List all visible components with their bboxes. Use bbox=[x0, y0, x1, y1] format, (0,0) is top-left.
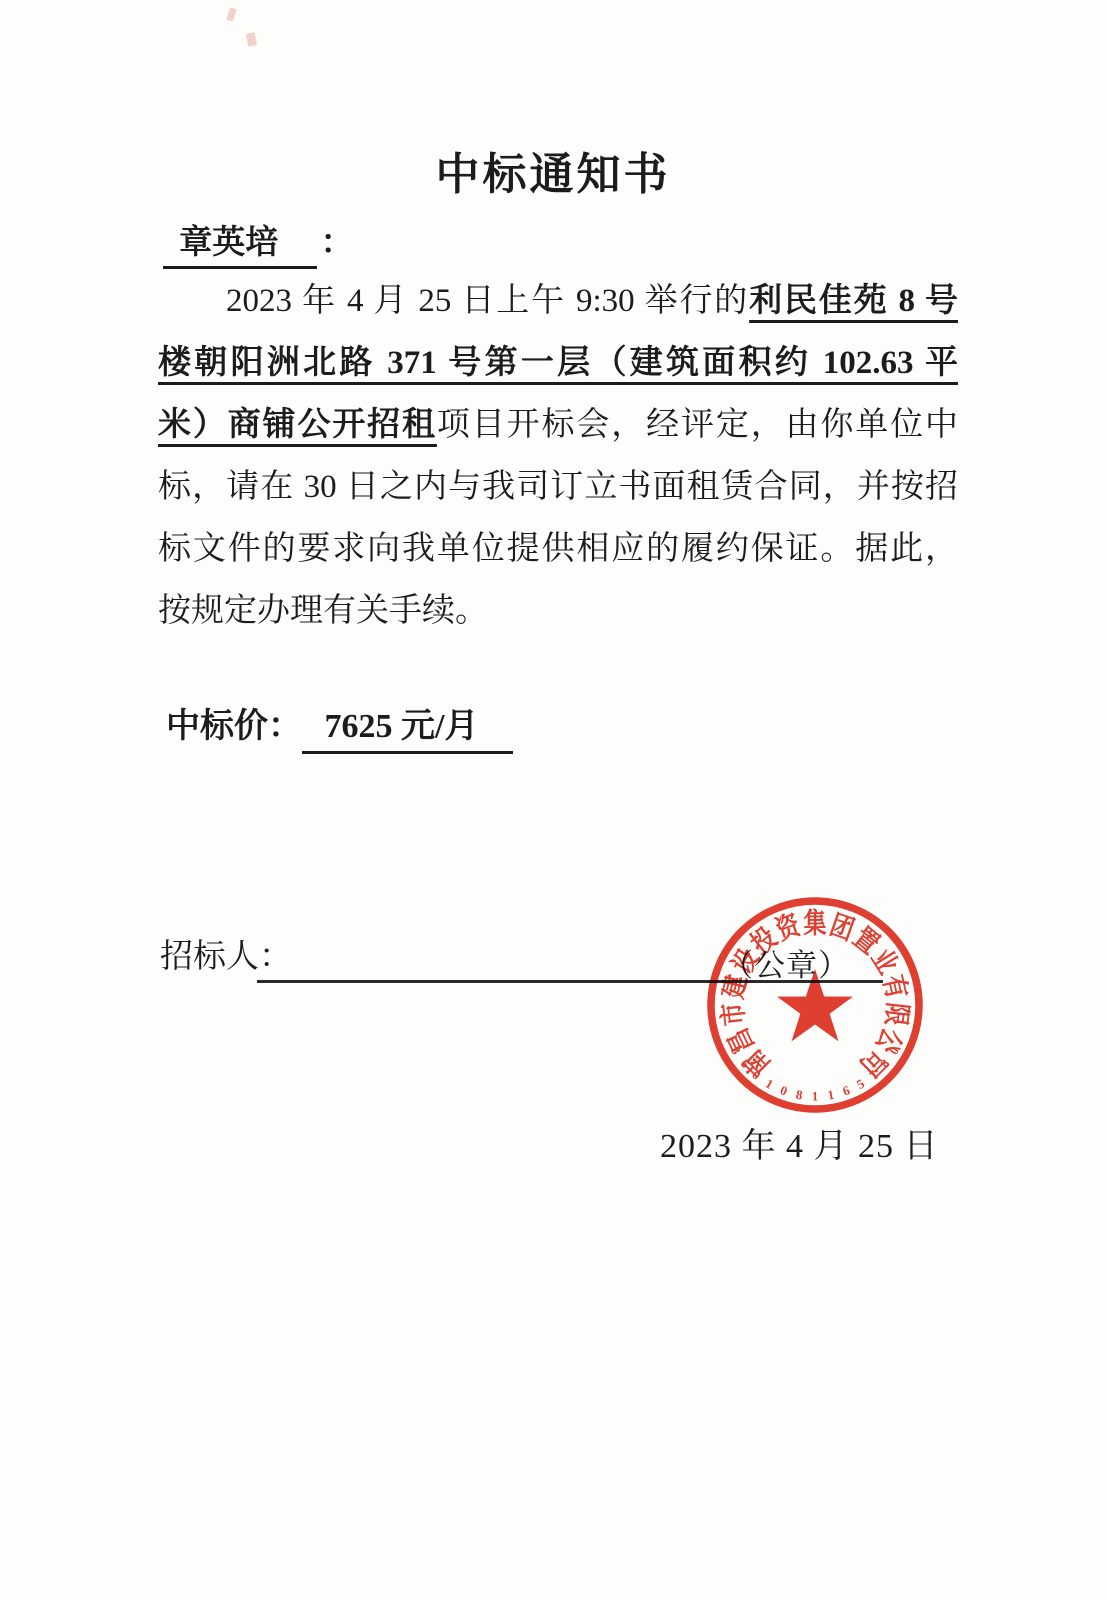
body-text: 按规定办理有关手续。 bbox=[158, 593, 488, 629]
body-line: 标，请在 30 日之内与我司订立书面租赁合同，并按招 bbox=[158, 456, 958, 518]
winning-price-value: 7625 元/月 bbox=[302, 698, 513, 754]
svg-text:集: 集 bbox=[803, 906, 826, 939]
body-text: 标，请在 30 日之内与我司订立书面租赁合同，并按招 bbox=[158, 469, 958, 505]
star-icon bbox=[777, 969, 853, 1041]
scanned-document-page: 中标通知书 章英培 ： 2023 年 4 月 25 日上午 9:30 举行的利民… bbox=[0, 0, 1106, 1600]
body-paragraph: 2023 年 4 月 25 日上午 9:30 举行的利民佳苑 8 号楼朝阳洲北路… bbox=[158, 270, 958, 642]
body-text: 项目开标会，经评定，由你单位中 bbox=[437, 407, 958, 443]
svg-text:1: 1 bbox=[826, 1087, 835, 1103]
svg-text:0: 0 bbox=[778, 1082, 789, 1098]
scan-artifact bbox=[226, 7, 237, 22]
svg-text:5: 5 bbox=[854, 1075, 868, 1091]
body-line: 2023 年 4 月 25 日上午 9:30 举行的利民佳苑 8 号 bbox=[158, 270, 958, 332]
document-date: 2023 年 4 月 25 日 bbox=[660, 1118, 939, 1167]
project-name-emphasis: 利民佳苑 8 号 bbox=[749, 283, 958, 319]
body-text: 标文件的要求向我单位提供相应的履约保证。据此， bbox=[158, 531, 958, 567]
addressee-colon: ： bbox=[321, 216, 354, 263]
body-line: 按规定办理有关手续。 bbox=[158, 580, 958, 642]
body-line: 标文件的要求向我单位提供相应的履约保证。据此， bbox=[158, 518, 958, 580]
page-title: 中标通知书 bbox=[0, 138, 1106, 202]
official-seal-stamp: 南昌市建设投资集团置业有限公司 3601081165780 bbox=[695, 885, 935, 1125]
project-name-emphasis: 楼朝阳洲北路 371 号第一层（建筑面积约 102.63 平 bbox=[158, 345, 958, 381]
svg-text:有: 有 bbox=[877, 972, 913, 1002]
addressee-line: 章英培 ： bbox=[163, 216, 354, 269]
svg-text:市: 市 bbox=[716, 1001, 750, 1028]
body-text: 2023 年 4 月 25 日上午 9:30 举行的 bbox=[226, 283, 749, 319]
body-line: 楼朝阳洲北路 371 号第一层（建筑面积约 102.63 平 bbox=[158, 332, 958, 394]
bidder-label: 招标人： bbox=[160, 930, 292, 977]
svg-text:1: 1 bbox=[763, 1076, 776, 1092]
project-name-emphasis: 米）商铺公开招租 bbox=[158, 407, 437, 443]
scan-artifact bbox=[246, 32, 258, 47]
svg-text:限: 限 bbox=[879, 1001, 913, 1028]
body-line: 米）商铺公开招租项目开标会，经评定，由你单位中 bbox=[158, 394, 958, 456]
addressee-name: 章英培 bbox=[163, 216, 317, 269]
svg-text:6: 6 bbox=[841, 1082, 853, 1098]
svg-text:8: 8 bbox=[795, 1087, 804, 1103]
winning-price-label: 中标价： bbox=[166, 708, 302, 745]
winning-price-line: 中标价： 7625 元/月 bbox=[166, 698, 513, 754]
svg-text:1: 1 bbox=[812, 1089, 819, 1104]
